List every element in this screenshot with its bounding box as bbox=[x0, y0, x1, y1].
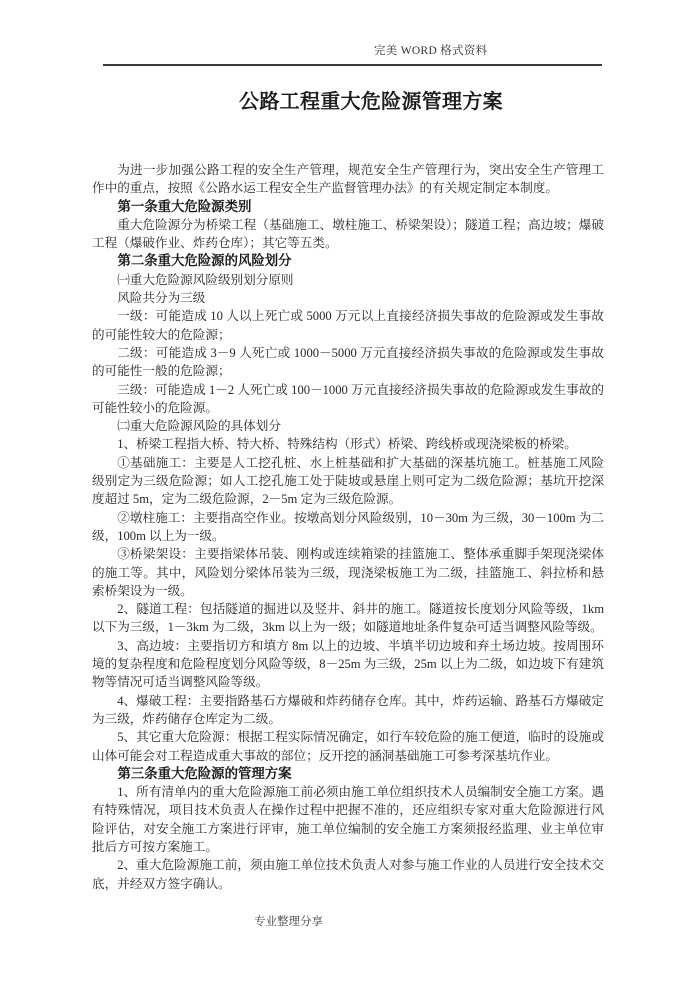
paragraph: 重大危险源分为桥梁工程（基础施工、墩柱施工、桥梁架设）；隧道工程；高边坡；爆破工… bbox=[92, 216, 604, 253]
paragraph: 一级：可能造成 10 人以上死亡或 5000 万元以上直接经济损失事故的危险源或… bbox=[92, 307, 604, 344]
header-text: 完美 WORD 格式资料 bbox=[374, 44, 487, 58]
paragraph: ㈠重大危险源风险级别划分原则 bbox=[92, 271, 604, 289]
paragraph: 2、重大危险源施工前，须由施工单位技术负责人对参与施工作业的人员进行安全技术交底… bbox=[92, 856, 604, 893]
paragraph: 4、爆破工程：主要指路基石方爆破和炸药储存仓库。其中，炸药运输、路基石方爆破定为… bbox=[92, 692, 604, 729]
paragraph: 二级：可能造成 3－9 人死亡或 1000－5000 万元直接经济损失事故的危险… bbox=[92, 344, 604, 381]
document-page: 完美 WORD 格式资料 公路工程重大危险源管理方案 为进一步加强公路工程的安全… bbox=[0, 0, 700, 990]
document-body: 为进一步加强公路工程的安全生产管理，规范安全生产管理行为，突出安全生产管理工作中… bbox=[92, 161, 604, 893]
paragraph: 风险共分为三级 bbox=[92, 289, 604, 307]
paragraph: ①基础施工：主要是人工挖孔桩、水上桩基础和扩大基础的深基坑施工。桩基施工风险级别… bbox=[92, 454, 604, 509]
paragraph: 3、高边坡：主要指切方和填方 8m 以上的边坡、半填半切边坡和弃土场边坡。按周围… bbox=[92, 637, 604, 692]
paragraph: ②墩柱施工：主要指高空作业。按墩高划分风险级别，10－30m 为三级，30－10… bbox=[92, 509, 604, 546]
paragraph: 1、桥梁工程指大桥、特大桥、特殊结构（形式）桥梁、跨线桥或现浇梁板的桥梁。 bbox=[92, 435, 604, 453]
page-footer: 专业整理分享 bbox=[254, 915, 323, 929]
section-heading-article-3: 第三条重大危险源的管理方案 bbox=[92, 765, 604, 783]
paragraph: ③桥梁架设：主要指梁体吊装、刚构或连续箱梁的挂篮施工、整体承重脚手架现浇梁体的施… bbox=[92, 545, 604, 600]
paragraph: 1、所有清单内的重大危险源施工前必须由施工单位组织技术人员编制安全施工方案。遇有… bbox=[92, 783, 604, 856]
paragraph: 5、其它重大危险源：根据工程实际情况确定，如行车较危险的施工便道，临时的设施或山… bbox=[92, 728, 604, 765]
header-divider bbox=[103, 64, 602, 66]
paragraph: 2、隧道工程：包括隧道的掘进以及竖井、斜井的施工。隧道按长度划分风险等级，1km… bbox=[92, 600, 604, 637]
section-heading-article-2: 第二条重大危险源的风险划分 bbox=[92, 252, 604, 270]
paragraph: 三级：可能造成 1－2 人死亡或 100－1000 万元直接经济损失事故的危险源… bbox=[92, 381, 604, 418]
paragraph: ㈡重大危险源风险的具体划分 bbox=[92, 417, 604, 435]
section-heading-article-1: 第一条重大危险源类别 bbox=[92, 198, 604, 216]
paragraph-intro: 为进一步加强公路工程的安全生产管理，规范安全生产管理行为，突出安全生产管理工作中… bbox=[92, 161, 604, 198]
document-title: 公路工程重大危险源管理方案 bbox=[0, 90, 700, 115]
